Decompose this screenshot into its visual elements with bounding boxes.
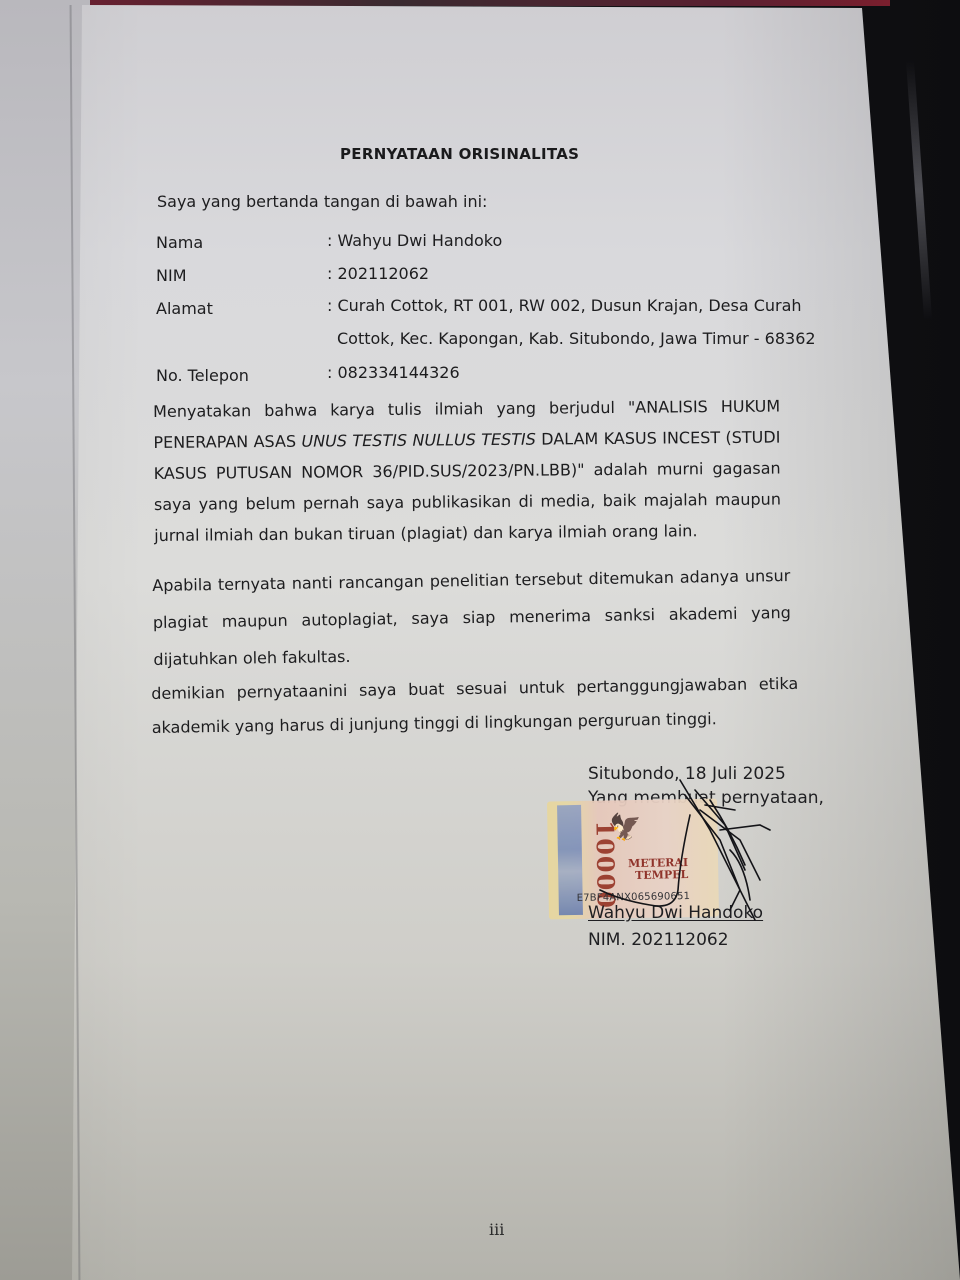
statement-italic-term: UNUS TESTIS NULLUS TESTIS <box>301 430 536 451</box>
intro-text: Saya yang bertanda tangan di bawah ini: <box>157 192 487 211</box>
stamp-label-line2: TEMPEL <box>626 869 688 882</box>
field-label-telepon: No. Telepon <box>156 366 249 385</box>
plagiarism-paragraph: Apabila ternyata nanti rancangan penelit… <box>152 557 792 678</box>
meterai-stamp: 10000 🦅 METERAI TEMPEL E7BF4ANX065690651 <box>547 799 719 920</box>
closing-paragraph: demikian pernyataanini saya buat sesuai … <box>151 667 799 745</box>
signature-place-date: Situbondo, 18 Juli 2025 <box>588 764 786 784</box>
stamp-label: METERAI TEMPEL <box>626 857 688 882</box>
field-value-alamat-line2: Cottok, Kec. Kapongan, Kab. Situbondo, J… <box>337 329 816 348</box>
field-value-nama: : Wahyu Dwi Handoko <box>327 231 502 250</box>
field-value-nim: : 202112062 <box>327 264 429 283</box>
document-title: PERNYATAAN ORISINALITAS <box>340 145 579 163</box>
statement-paragraph: Menyatakan bahwa karya tulis ilmiah yang… <box>153 391 781 551</box>
field-value-telepon: : 082334144326 <box>327 363 460 382</box>
field-label-nim: NIM <box>156 266 187 285</box>
field-label-alamat: Alamat <box>156 299 213 318</box>
field-label-nama: Nama <box>156 233 203 252</box>
signatory-name: Wahyu Dwi Handoko <box>588 903 763 923</box>
field-value-alamat: : Curah Cottok, RT 001, RW 002, Dusun Kr… <box>327 296 802 315</box>
garuda-emblem-icon: 🦅 <box>609 810 640 847</box>
signatory-nim: NIM. 202112062 <box>588 930 729 950</box>
page-number: iii <box>489 1220 504 1239</box>
document-content: PERNYATAAN ORISINALITAS Saya yang bertan… <box>0 0 960 1280</box>
